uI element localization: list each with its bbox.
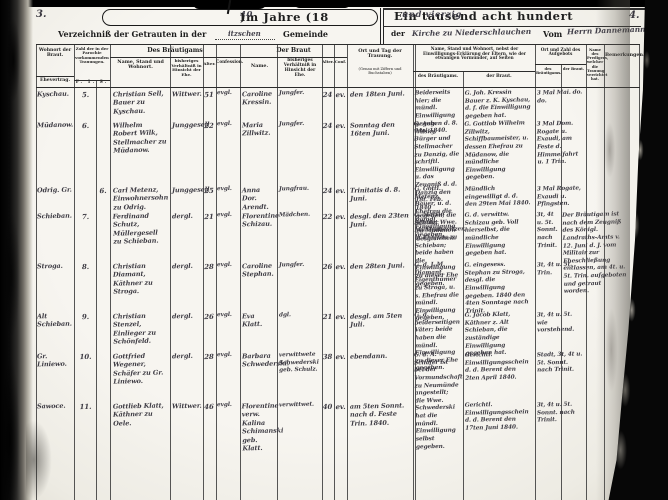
cell-wedding: am 5ten Sonnt. nach d. Feste Trin. 1840. [350, 401, 411, 428]
cell-place: Kyschau. [37, 90, 72, 99]
cell-bride-name: Caroline Stephan. [242, 262, 275, 280]
cell-consent-bride: Gerichtl. Einwilligungsschein d. d. Bere… [465, 351, 532, 383]
cell-groom-conf: evgl. [217, 212, 238, 220]
cell-groom-status: dergl. [172, 262, 201, 271]
cell-groom-conf: evgl. [217, 262, 238, 270]
cell-no: 7. [77, 212, 94, 221]
cell-bride-name: Barbara Schwederski. [242, 352, 275, 370]
cell-place: Sawoce. [37, 402, 72, 411]
cell-no: 6. [77, 121, 94, 130]
cell-groom-status: Junggesell [172, 186, 201, 195]
cell-bride-age: 24 [322, 186, 333, 195]
cell-groom-conf: evgl. [217, 186, 238, 194]
cell-no2: 6. [97, 186, 109, 195]
cell-groom-age: 28 [203, 352, 215, 361]
cell-groom-age: 28 [203, 262, 215, 271]
cell-banns: 3t, 4t u. 5t. Trin. [537, 261, 583, 277]
cell-groom-conf: evgl. [217, 121, 238, 129]
cell-consent-groom: G. d. A. Schäfer ist bei der Vormundscha… [414, 352, 461, 452]
cell-wedding: desgl. am 5ten Juli. [350, 311, 410, 329]
cell-wedding: Trinitatis d. 8. Juni. [350, 185, 410, 203]
cell-bride-name: Caroline Kressin. [242, 90, 275, 108]
cell-groom-conf: evgl. [217, 90, 238, 98]
cell-wedding: Sonntag den 16ten Juni. [350, 120, 410, 138]
cell-bride-conf: ev. [335, 402, 346, 411]
cell-no: 5. [77, 90, 94, 99]
cell-no: 11. [77, 402, 94, 411]
cell-bride-name: Florentine verw. Kalina Schimanski geb. … [241, 402, 275, 453]
cell-consent-bride: G. Joh. Kressin Bauer z. K. Kyschau, d. … [465, 89, 532, 121]
cell-bride-conf: ev. [335, 352, 346, 361]
cell-place: Odrig. Gr. [37, 186, 72, 195]
cell-groom-name: Christian Diamant, Käthner zu Stroga. [113, 261, 168, 296]
cell-bride-age: 40 [322, 402, 333, 411]
cell-groom-status: dergl. [172, 212, 201, 221]
cell-groom-name: Christian Stenzel, Einlieger zu Schönfel… [113, 311, 168, 346]
cell-groom-conf: evgl. [217, 402, 238, 410]
cell-place: Gr. Liniewo. [37, 352, 72, 370]
cell-banns: 3 Mal Dom. Rogate u. Exaudi, am Feste d.… [536, 120, 583, 167]
cell-bride-status: verwittwet. [279, 402, 320, 411]
cell-consent-bride: Gerichtl. Einwilligungsschein d. d. Bere… [465, 401, 532, 433]
cell-bride-status: Jungfer. [279, 121, 320, 130]
cell-bride-status: Jungfer. [279, 262, 320, 271]
cell-groom-status: dergl. [172, 352, 201, 361]
cell-consent-bride: G. eingesess. Stephan zu Stroga, desgl. … [464, 261, 531, 316]
cell-bride-age: 22 [322, 212, 333, 221]
cell-place: Stroga. [37, 262, 72, 271]
cell-consent-bride: Mündlich eingewilligt d. d. den 29ten Ma… [465, 185, 532, 209]
cell-consent-bride: G. d. verwittw. Schizau geb. Voll hierse… [464, 211, 531, 258]
scanned-marriage-register: 3. Im Jahre (1840) Ein tausend acht hund… [0, 0, 668, 500]
table-rows: Kyschau.5.Christian Sell, Bauer zu Kysch… [0, 0, 668, 500]
cell-bride-status: Mädchen. [279, 212, 320, 221]
cell-groom-status: dergl. [172, 312, 201, 321]
cell-banns: 3 Mal Rogate, Exaudi u. Pfingsten. [537, 185, 584, 209]
cell-groom-name: Gottfried Wegener, Schäfer zu Gr. Liniew… [113, 351, 168, 386]
cell-bride-conf: ev. [335, 90, 346, 99]
cell-groom-age: 25 [203, 186, 215, 195]
cell-wedding: desgl. den 23ten Juni. [350, 211, 410, 229]
cell-groom-name: Wilhelm Robert Wilk, Stellmacher zu Müda… [113, 120, 168, 155]
cell-bride-age: 21 [322, 312, 333, 321]
cell-place: Schieban. [37, 212, 72, 221]
cell-bride-status: verwittwete Schwederski geb. Schulz. [279, 352, 321, 376]
cell-bride-status: Jungfer. [279, 90, 320, 99]
cell-bride-status: dgl. [279, 312, 320, 321]
cell-bride-name: Eva Klatt. [242, 312, 275, 330]
cell-bride-name: Florentine Schizau. [242, 212, 275, 230]
cell-bride-conf: ev. [335, 186, 346, 195]
scan-artifact [292, 0, 350, 8]
cell-bride-conf: ev. [335, 121, 346, 130]
cell-groom-status: Wittwer. [172, 90, 201, 99]
cell-no: 9. [77, 312, 94, 321]
cell-bride-status: Jungfrau. [279, 186, 320, 195]
cell-bride-age: 24 [322, 121, 333, 130]
cell-wedding: ebendann. [350, 351, 410, 361]
cell-banns: Stadt, 3t, 4t u. 5t. Sonnt. nach Trinit. [537, 351, 584, 375]
cell-wedding: den 28ten Juni. [350, 261, 410, 271]
cell-groom-name: Christian Sell, Bauer zu Kyschau. [113, 89, 168, 116]
cell-banns: 3t, 4t u. 5t. wie vorstehend. [537, 311, 584, 335]
cell-bride-name: Maria Zillwitz. [242, 121, 275, 139]
cell-bride-age: 38 [322, 352, 333, 361]
cell-bride-conf: ev. [335, 312, 346, 321]
cell-groom-age: 51 [203, 90, 215, 99]
cell-banns: 3t, 4t u. 5t. Sonnt. nach Trinit. [537, 212, 560, 251]
cell-groom-name: Gottlieb Klatt, Käthner zu Oele. [113, 401, 168, 428]
cell-place: Müdanow. [37, 121, 72, 130]
cell-no: 8. [77, 262, 94, 271]
scan-smudge [26, 420, 52, 500]
cell-no: 10. [77, 352, 94, 361]
cell-bride-conf: ev. [335, 262, 346, 271]
cell-bride-age: 26 [322, 262, 333, 271]
cell-bride-conf: ev. [335, 212, 346, 221]
cell-groom-name: Carl Metenz, Einwohnersohn zu Odrig. [113, 185, 168, 212]
cell-groom-conf: evgl. [217, 312, 238, 320]
cell-groom-age: 46 [203, 402, 215, 411]
cell-groom-age: 26 [203, 312, 215, 321]
cell-consent-bride: G. Gottlob Wilhelm Zillwitz, Schiffbaume… [464, 120, 531, 183]
cell-groom-status: Wittwer. [172, 402, 201, 411]
cell-place: Alt Schieban. [37, 312, 72, 330]
cell-groom-conf: evgl. [217, 352, 238, 360]
cell-banns: 3t, 4t u. 5t. Sonnt. nach Trinit. [537, 401, 584, 425]
cell-groom-age: 21 [203, 212, 215, 221]
cell-wedding: den 18ten Juni. [350, 89, 410, 99]
cell-bride-name: Anna Dor. Arendt. [242, 186, 276, 212]
cell-groom-name: Ferdinand Schutz, Müllergesell zu Schieb… [113, 211, 168, 246]
cell-groom-status: Junggesell [172, 121, 201, 130]
cell-groom-age: 22 [203, 121, 215, 130]
cell-banns: 3 Mal Mai. do. do. [537, 89, 583, 105]
cell-bride-age: 24 [322, 90, 333, 99]
